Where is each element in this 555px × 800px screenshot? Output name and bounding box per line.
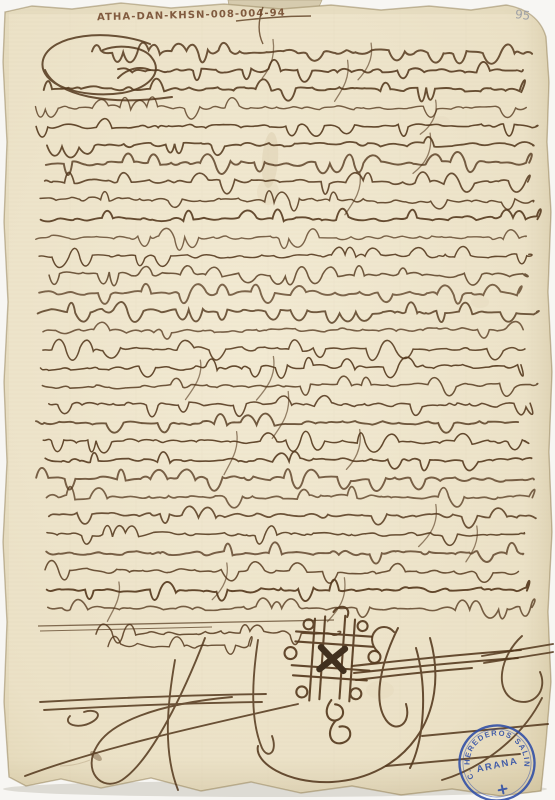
- folio-number: 95: [514, 7, 531, 23]
- manuscript-scan: A. C. HEREDEROS SALINAS ARANA ATHA-DAN-K…: [0, 0, 555, 800]
- manuscript-page-graphic: A. C. HEREDEROS SALINAS ARANA: [0, 0, 555, 800]
